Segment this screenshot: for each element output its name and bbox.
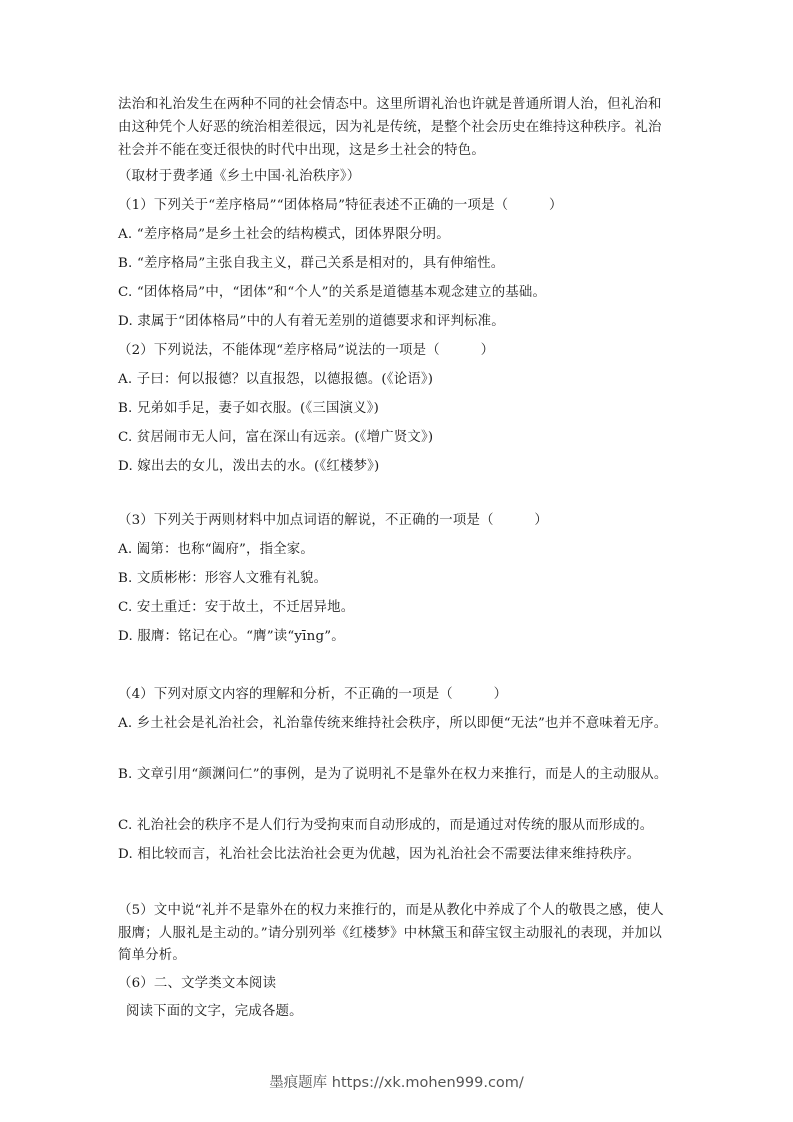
document-page: 法治和礼治发生在两种不同的社会情态中。这里所谓礼治也许就是普通所谓人治，但礼治和… (0, 0, 793, 1122)
question-3-option-b: B. 文质彬彬：形容人文雅有礼貌。 (118, 569, 678, 589)
question-2-option-b: B. 兄弟如手足，妻子如衣服。(《三国演义》) (118, 399, 678, 419)
question-6-stem: （6）二、文学类文本阅读 (118, 974, 678, 994)
question-4-option-c: C. 礼治社会的秩序不是人们行为受拘束而自动形成的，而是通过对传统的服从而形成的… (118, 816, 678, 836)
question-1-option-a: A. “差序格局”是乡土社会的结构模式，团体界限分明。 (118, 225, 678, 245)
question-4-option-a: A. 乡土社会是礼治社会，礼治靠传统来维持社会秩序，所以即便“无法”也并不意味着… (118, 713, 674, 735)
question-1-option-d: D. 隶属于“团体格局”中的人有着无差别的道德要求和评判标准。 (118, 312, 678, 332)
question-4-option-d: D. 相比较而言，礼治社会比法治社会更为优越，因为礼治社会不需要法律来维持秩序。 (118, 845, 678, 865)
question-2-stem: （2）下列说法，不能体现“差序格局”说法的一项是（ ） (118, 341, 678, 361)
question-4-stem: （4）下列对原文内容的理解和分析，不正确的一项是（ ） (118, 685, 678, 705)
question-3-option-a: A. 阖第：也称“阖府”，指全家。 (118, 540, 678, 560)
question-2-option-a: A. 子曰：何以报德？以直报怨，以德报德。(《论语》) (118, 370, 678, 390)
question-1-option-c: C. “团体格局”中，“团体”和“个人”的关系是道德基本观念建立的基础。 (118, 283, 678, 303)
intro-line-2: 由这种凭个人好恶的统治相差很远，因为礼是传统，是整个社会历史在维持这种秩序。礼治 (118, 118, 678, 138)
question-4-option-b: B. 文章引用“颜渊问仁”的事例，是为了说明礼不是靠外在权力来推行，而是人的主动… (118, 764, 674, 786)
question-2-option-c: C. 贫居闹市无人问，富在深山有远亲。(《增广贤文》) (118, 428, 678, 448)
question-5-stem: （5）文中说“礼并不是靠外在的权力来推行的，而是从教化中养成了个人的敬畏之感，使… (118, 900, 674, 968)
intro-line-1: 法治和礼治发生在两种不同的社会情态中。这里所谓礼治也许就是普通所谓人治，但礼治和 (118, 95, 678, 115)
footer-watermark: 墨痕题库 https://xk.mohen999.com/ (0, 1071, 793, 1092)
question-2-option-d: D. 嫁出去的女儿，泼出去的水。(《红楼梦》) (118, 457, 678, 477)
question-1-stem: （1）下列关于“差序格局”“团体格局”特征表述不正确的一项是（ ） (118, 196, 678, 216)
intro-line-3: 社会并不能在变迁很快的时代中出现，这是乡土社会的特色。 (118, 141, 678, 161)
source-citation: （取材于费孝通《乡土中国·礼治秩序》） (118, 167, 678, 187)
reading-instruction: 阅读下面的文字，完成各题。 (126, 1002, 686, 1022)
question-3-option-c: C. 安土重迁：安于故土，不迁居异地。 (118, 598, 678, 618)
question-3-option-d: D. 服膺：铭记在心。“膺”读“yīng”。 (118, 627, 678, 647)
question-3-stem: （3）下列关于两则材料中加点词语的解说，不正确的一项是（ ） (118, 511, 678, 531)
question-1-option-b: B. “差序格局”主张自我主义，群己关系是相对的，具有伸缩性。 (118, 254, 678, 274)
